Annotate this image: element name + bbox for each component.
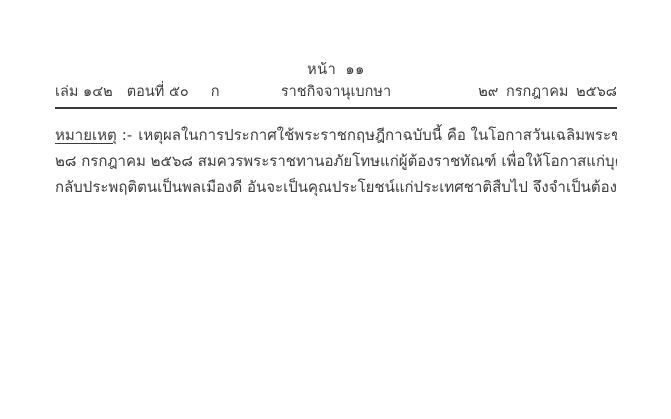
note-line: ๒๘ กรกฎาคม ๒๕๖๘ สมควรพระราชทานอภัยโทษแก่…: [55, 148, 617, 174]
page-content: หน้า ๑๑ เล่ม ๑๔๒ ตอนที่ ๕๐ ก ราชกิจจานุเ…: [55, 0, 617, 200]
note-paragraph: หมายเหตุ:-เหตุผลในการประกาศใช้พระราชกฤษฎ…: [55, 122, 617, 200]
page-number: หน้า ๑๑: [55, 60, 617, 80]
masthead-divider: [55, 107, 617, 109]
masthead-row: เล่ม ๑๔๒ ตอนที่ ๕๐ ก ราชกิจจานุเบกษา ๒๙ …: [55, 82, 617, 103]
note-label: หมายเหตุ: [55, 126, 117, 144]
note-line-text: เหตุผลในการประกาศใช้พระราชกฤษฎีกาฉบับนี้…: [138, 126, 617, 144]
note-line: กลับประพฤติตนเป็นพลเมืองดี อันจะเป็นคุณป…: [55, 174, 617, 200]
note-line: หมายเหตุ:-เหตุผลในการประกาศใช้พระราชกฤษฎ…: [55, 122, 617, 148]
gazette-page: หน้า ๑๑ เล่ม ๑๔๒ ตอนที่ ๕๐ ก ราชกิจจานุเ…: [0, 0, 671, 419]
gazette-date: ๒๙ กรกฎาคม ๒๕๖๘: [478, 82, 617, 103]
note-separator: :-: [122, 126, 132, 144]
